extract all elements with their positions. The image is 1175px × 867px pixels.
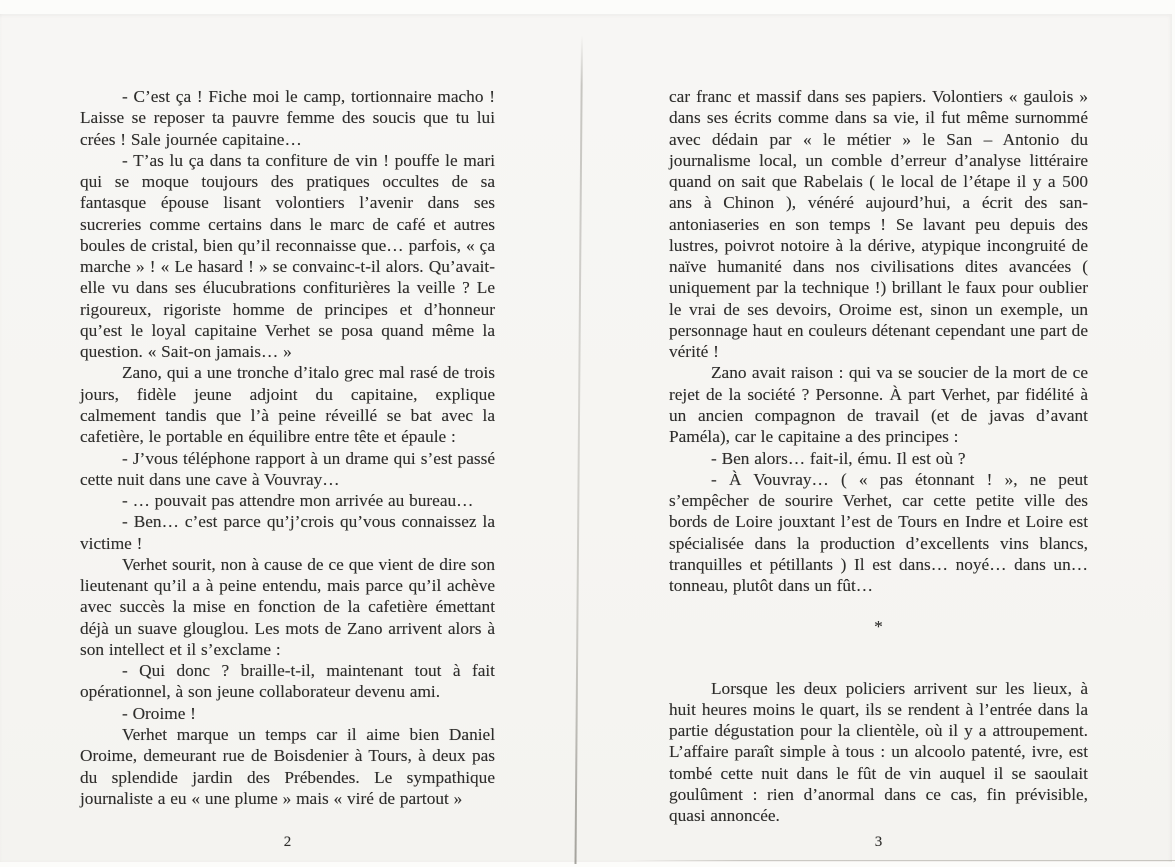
page-number: 2	[80, 834, 495, 851]
paragraph: Verhet sourit, non à cause de ce que vie…	[80, 554, 495, 660]
paragraph: - T’as lu ça dans ta confiture de vin ! …	[80, 150, 495, 363]
section-separator: *	[669, 616, 1088, 637]
paragraph: - Ben… c’est parce qu’j’crois qu’vous co…	[80, 511, 495, 554]
page-number: 3	[669, 834, 1088, 851]
paragraph: car franc et massif dans ses papiers. Vo…	[669, 86, 1088, 362]
paragraph: - … pouvait pas attendre mon arrivée au …	[80, 490, 495, 511]
paragraph: - Qui donc ? braille-t-il, maintenant to…	[80, 660, 495, 703]
paragraph: Zano avait raison : qui va se soucier de…	[669, 362, 1088, 447]
paragraph: - Oroime !	[80, 703, 495, 724]
paragraph: - J’vous téléphone rapport à un drame qu…	[80, 448, 495, 491]
paragraph: - C’est ça ! Fiche moi le camp, tortionn…	[80, 86, 495, 150]
paragraph: Zano, qui a une tronche d’italo grec mal…	[80, 362, 495, 447]
scanned-book-spread: - C’est ça ! Fiche moi le camp, tortionn…	[0, 0, 1175, 867]
scan-bottom-edge	[630, 860, 1175, 861]
paragraph: Lorsque les deux policiers arrivent sur …	[669, 678, 1088, 827]
paragraph: - À Vouvray… ( « pas étonnant ! », ne pe…	[669, 469, 1088, 597]
paragraph: Verhet marque un temps car il aime bien …	[80, 724, 495, 809]
paragraph: - Ben alors… fait-il, ému. Il est où ?	[669, 448, 1088, 469]
book-page-right: car franc et massif dans ses papiers. Vo…	[669, 86, 1088, 827]
book-page-left: - C’est ça ! Fiche moi le camp, tortionn…	[80, 86, 495, 809]
